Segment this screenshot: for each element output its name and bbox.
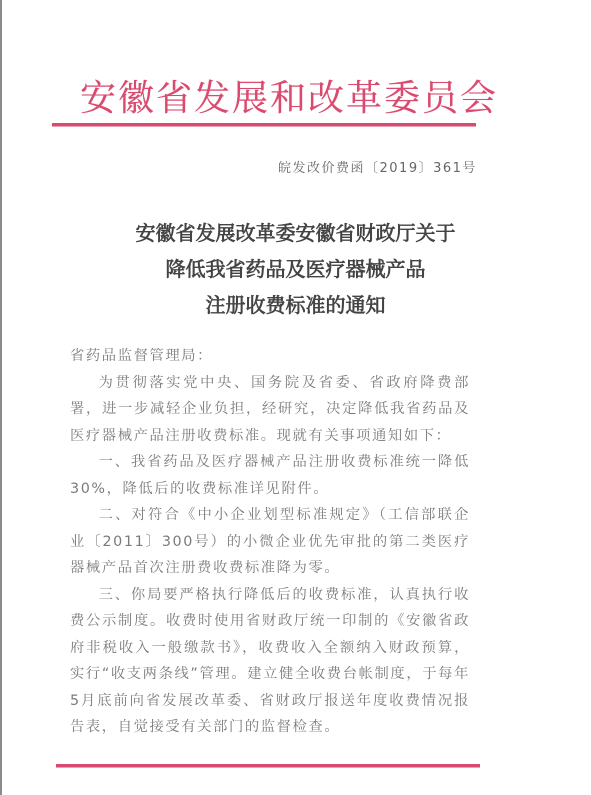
paragraph-item-1: 一、我省药品及医疗器械产品注册收费标准统一降低30%，降低后的收费标准详见附件。	[70, 449, 470, 502]
document-body: 省药品监督管理局： 为贯彻落实党中央、国务院及省委、省政府降费部署，进一步减轻企…	[70, 343, 470, 741]
title-line: 降低我省药品及医疗器械产品	[0, 251, 591, 287]
addressee: 省药品监督管理局：	[70, 343, 470, 370]
paragraph-item-2: 二、对符合《中小企业划型标准规定》（工信部联企业〔2011〕300号）的小微企业…	[70, 502, 470, 582]
paragraph-intro: 为贯彻落实党中央、国务院及省委、省政府降费部署，进一步减轻企业负担，经研究，决定…	[70, 370, 470, 450]
letterhead-red-rule	[52, 123, 476, 126]
document-number: 皖发改价费函〔2019〕361号	[278, 157, 477, 176]
title-line: 注册收费标准的通知	[0, 287, 591, 323]
page-edge	[0, 0, 2, 795]
document-title: 安徽省发展改革委安徽省财政厅关于 降低我省药品及医疗器械产品 注册收费标准的通知	[0, 215, 591, 323]
letterhead-issuer: 安徽省发展和改革委员会	[80, 70, 505, 121]
footer-red-rule	[56, 764, 480, 767]
paragraph-item-3: 三、你局要严格执行降低后的收费标准，认真执行收费公示制度。收费时使用省财政厅统一…	[70, 582, 470, 741]
title-line: 安徽省发展改革委安徽省财政厅关于	[0, 215, 591, 251]
